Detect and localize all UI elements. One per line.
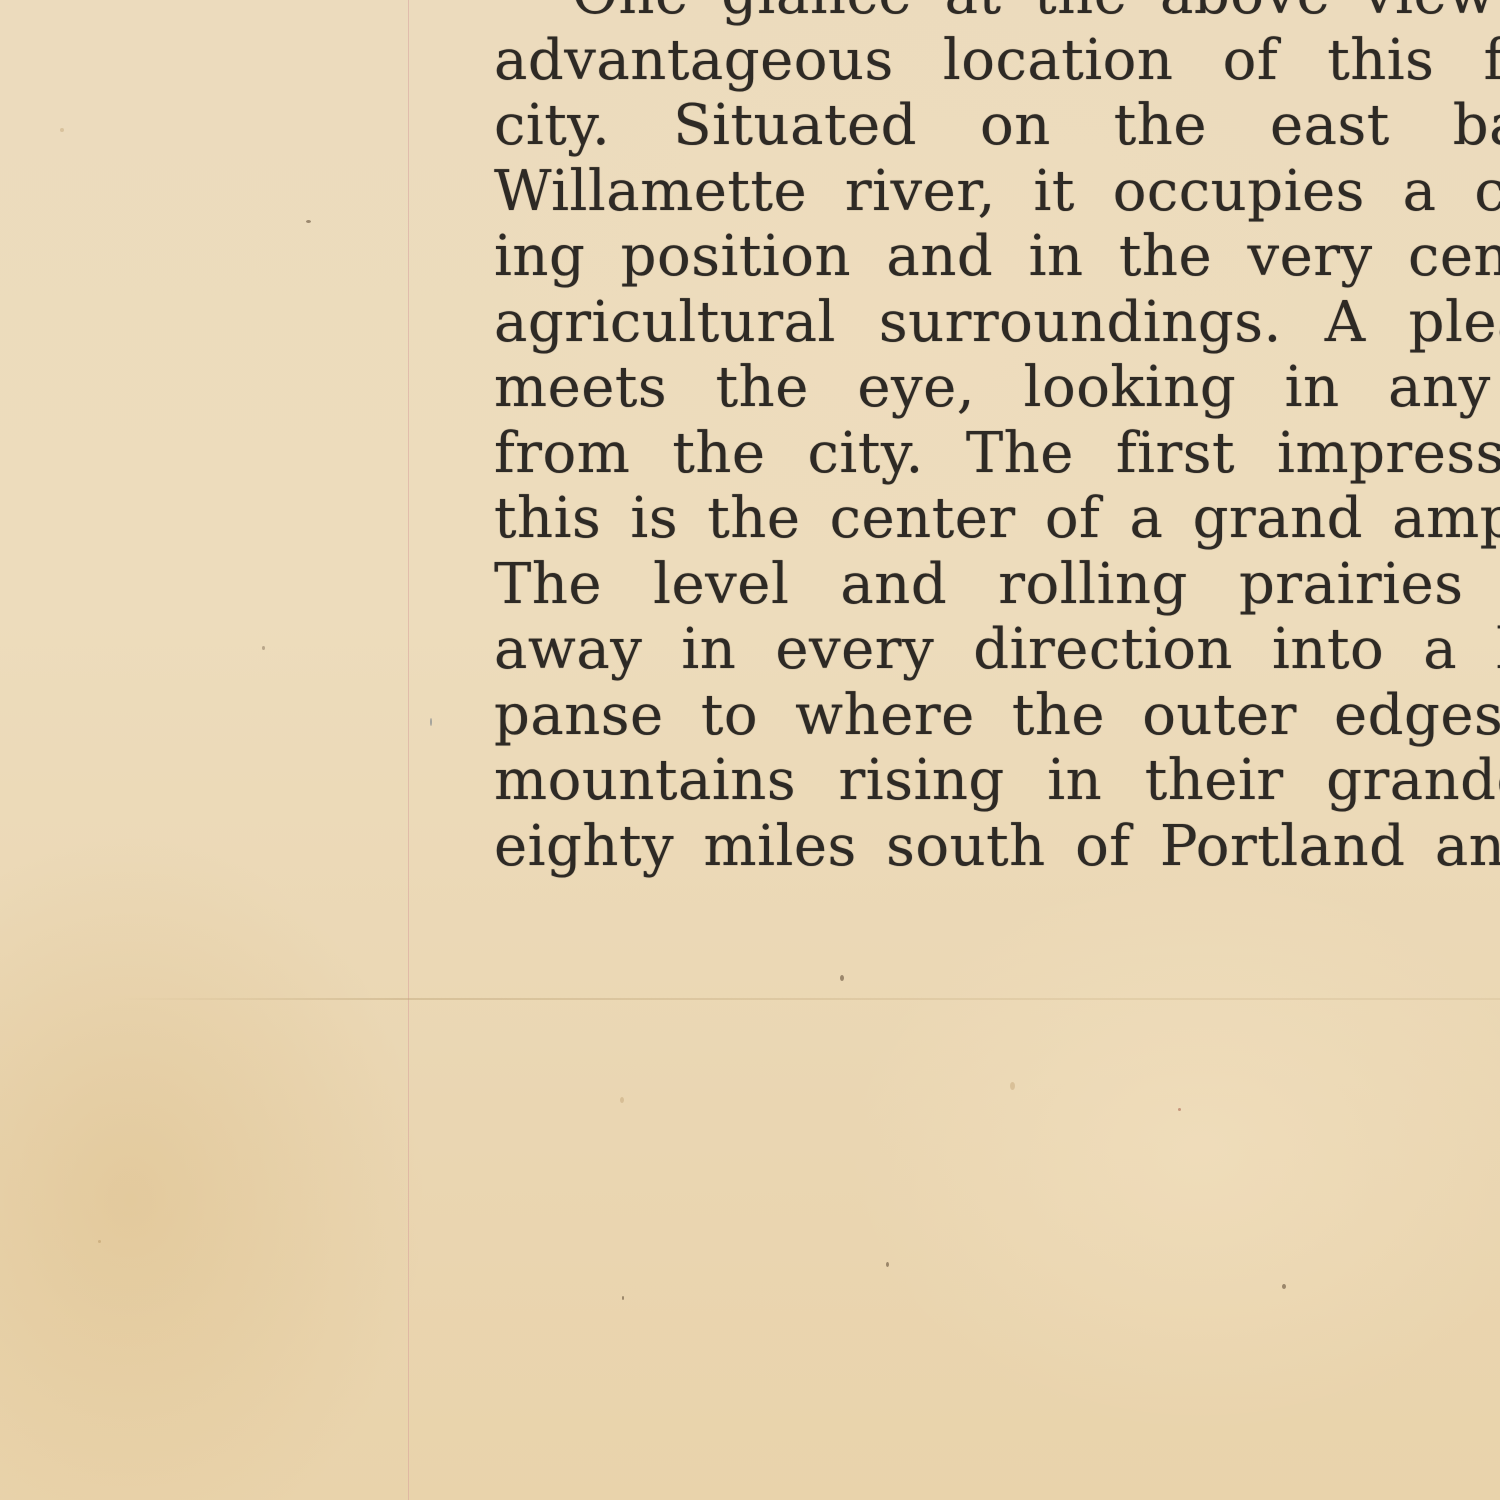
text-line: One glance at the above view sh — [494, 0, 1500, 28]
text-line: city. Situated on the east bank — [494, 93, 1500, 159]
paper-speck — [60, 128, 64, 132]
paper-speck — [840, 975, 844, 981]
text-line: panse to where the outer edges m — [494, 683, 1500, 749]
paper-speck — [1178, 1108, 1181, 1111]
paper-speck — [886, 1262, 889, 1267]
text-line: advantageous location of this flou — [494, 28, 1500, 94]
text-line: agricultural surroundings. A pleasa — [494, 290, 1500, 356]
text-line: from the city. The first impression — [494, 421, 1500, 487]
paper-speck — [262, 646, 265, 650]
paper-speck — [1282, 1284, 1286, 1289]
paper-speck — [98, 1240, 101, 1243]
paper-speck — [430, 718, 432, 726]
text-line: mountains rising in their grandeur — [494, 748, 1500, 814]
paper-fold-crease — [120, 998, 1500, 1000]
text-line: meets the eye, looking in any di — [494, 355, 1500, 421]
text-line: this is the center of a grand amphit — [494, 486, 1500, 552]
margin-rule-line — [408, 0, 409, 1500]
paper-speck — [306, 220, 311, 223]
body-text-paragraph: One glance at the above view sh advantag… — [494, 0, 1500, 879]
text-line: The level and rolling prairies str — [494, 552, 1500, 618]
paper-speck — [1010, 1082, 1015, 1090]
text-line: away in every direction into a bro — [494, 617, 1500, 683]
text-line: ing position and in the very center — [494, 224, 1500, 290]
text-line: eighty miles south of Portland and t — [494, 814, 1500, 880]
text-line: Willamette river, it occupies a com — [494, 159, 1500, 225]
paper-speck — [622, 1296, 624, 1300]
page-scan: One glance at the above view sh advantag… — [0, 0, 1500, 1500]
paper-speck — [620, 1097, 624, 1103]
